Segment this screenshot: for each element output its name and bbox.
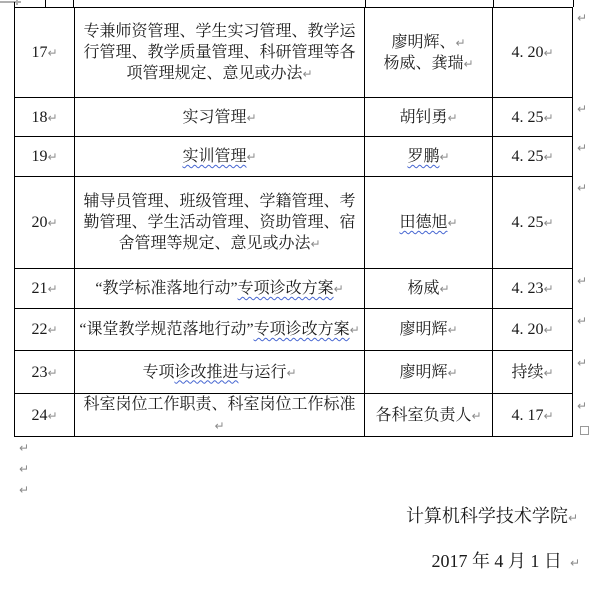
row-number: 19	[31, 148, 47, 165]
task-text: 专兼师资管理、学生实习管理、教学运行管理、教学质量管理、科研管理等各项管理规定、…	[83, 23, 355, 82]
owner-cell: 罗鹏↵	[365, 137, 493, 177]
table-row: 19↵ 实训管理↵ 罗鹏↵ 4. 25↵	[15, 137, 573, 177]
task-cell: “教学标准落地行动”专项诊改方案↵	[75, 269, 365, 309]
row-end-mark-icon: ↵	[577, 181, 587, 195]
date-text: 4. 17	[511, 407, 543, 424]
pilcrow-icon: ↵	[543, 150, 553, 164]
owner-text-misspelled: 罗鹏	[407, 148, 439, 165]
pilcrow-icon: ↵	[334, 282, 344, 296]
date-cell: 4. 23↵	[493, 269, 573, 309]
task-text: “课堂教学规范落地行动”	[79, 321, 253, 338]
owner-text-misspelled: 田德旭	[399, 214, 447, 231]
owner-text: 杨威	[407, 280, 439, 297]
row-number: 17	[31, 44, 47, 61]
table-resize-handle	[580, 426, 589, 435]
date-text: 4. 20	[511, 321, 543, 338]
owner-cell: 胡钊勇↵	[365, 98, 493, 137]
task-cell: 实训管理↵	[75, 137, 365, 177]
task-table: 17↵ 专兼师资管理、学生实习管理、教学运行管理、教学质量管理、科研管理等各项管…	[14, 7, 573, 437]
pilcrow-icon: ↵	[455, 36, 465, 50]
row-number-cell: 18↵	[15, 98, 75, 137]
table-row: 17↵ 专兼师资管理、学生实习管理、教学运行管理、教学质量管理、科研管理等各项管…	[15, 8, 573, 98]
pilcrow-icon: ↵	[214, 419, 224, 433]
task-text: 专项	[142, 364, 174, 381]
pilcrow-icon: ↵	[47, 150, 57, 164]
date-cell: 4. 20↵	[493, 309, 573, 351]
task-text: 科室岗位工作职责、科室岗位工作标准	[83, 396, 355, 413]
pilcrow-icon: ↵	[47, 111, 57, 125]
owner-text: 胡钊勇	[399, 109, 447, 126]
pilcrow-icon: ↵	[246, 111, 256, 125]
cropped-content-fragment	[16, 0, 18, 5]
date-text: 4. 25	[511, 214, 543, 231]
pilcrow-icon: ↵	[47, 409, 57, 423]
owner-cell: 廖明辉、↵ 杨威、龚瑞↵	[365, 8, 493, 98]
task-cell: 专项诊改推进与运行↵	[75, 351, 365, 394]
pilcrow-icon: ↵	[47, 46, 57, 60]
date-cell: 持续↵	[493, 351, 573, 394]
row-end-mark-icon: ↵	[577, 399, 587, 413]
table-border-stub	[365, 0, 366, 7]
date-cell: 4. 25↵	[493, 137, 573, 177]
pilcrow-icon: ↵	[439, 150, 449, 164]
row-end-mark-icon: ↵	[577, 314, 587, 328]
date-cell: 4. 20↵	[493, 8, 573, 98]
pilcrow-icon: ↵	[439, 282, 449, 296]
date-text: 4. 23	[511, 280, 543, 297]
task-text: 与运行	[238, 364, 286, 381]
task-text-misspelled: 实训管理	[182, 148, 246, 165]
signature-line: 计算机科学技术学院↵	[406, 505, 578, 527]
row-number-cell: 20↵	[15, 177, 75, 269]
task-cell: 辅导员管理、班级管理、学籍管理、考勤管理、学生活动管理、资助管理、宿舍管理等规定…	[75, 177, 365, 269]
table-border-stub	[73, 0, 74, 7]
task-cell: 科室岗位工作职责、科室岗位工作标准↵	[75, 394, 365, 437]
pilcrow-icon: ↵	[246, 150, 256, 164]
pilcrow-icon: ↵	[310, 237, 320, 251]
pilcrow-icon: ↵	[19, 483, 29, 497]
row-number: 24	[31, 407, 47, 424]
pilcrow-icon: ↵	[568, 511, 578, 525]
row-end-mark-icon: ↵	[577, 141, 587, 155]
pilcrow-icon: ↵	[47, 282, 57, 296]
pilcrow-icon: ↵	[471, 409, 481, 423]
pilcrow-icon: ↵	[350, 323, 360, 337]
signature-date-text: 2017 年 4 月 1 日	[431, 551, 562, 571]
date-cell: 4. 17↵	[493, 394, 573, 437]
signature-text: 计算机科学技术学院	[406, 506, 568, 526]
table-row: 21↵ “教学标准落地行动”专项诊改方案↵ 杨威↵ 4. 23↵	[15, 269, 573, 309]
task-text-misspelled: 诊改推进	[174, 364, 238, 381]
task-text: “教学标准落地行动”	[95, 280, 237, 297]
owner-text: 廖明辉、	[391, 34, 455, 51]
table-border-stub	[45, 0, 46, 7]
row-end-mark-icon: ↵	[577, 356, 587, 370]
task-cell: “课堂教学规范落地行动”专项诊改方案↵	[75, 309, 365, 351]
row-end-mark-icon: ↵	[577, 274, 587, 288]
row-number-cell: 22↵	[15, 309, 75, 351]
table-border-stub	[493, 0, 494, 7]
signature-date-line: 2017 年 4 月 1 日↵	[431, 550, 580, 572]
table-row: 20↵ 辅导员管理、班级管理、学籍管理、考勤管理、学生活动管理、资助管理、宿舍管…	[15, 177, 573, 269]
row-number: 23	[31, 364, 47, 381]
pilcrow-icon: ↵	[447, 366, 457, 380]
owner-text: 廖明辉	[399, 321, 447, 338]
date-text: 持续	[511, 364, 543, 381]
table-row: 24↵ 科室岗位工作职责、科室岗位工作标准↵ 各科室负责人↵ 4. 17↵	[15, 394, 573, 437]
pilcrow-icon: ↵	[447, 323, 457, 337]
date-cell: 4. 25↵	[493, 98, 573, 137]
owner-cell: 杨威↵	[365, 269, 493, 309]
pilcrow-icon: ↵	[543, 323, 553, 337]
pilcrow-icon: ↵	[543, 46, 553, 60]
owner-cell: 田德旭↵	[365, 177, 493, 269]
pilcrow-icon: ↵	[570, 556, 580, 570]
owner-cell: 各科室负责人↵	[365, 394, 493, 437]
owner-cell: 廖明辉↵	[365, 309, 493, 351]
document-page: 17↵ 专兼师资管理、学生实习管理、教学运行管理、教学质量管理、科研管理等各项管…	[0, 0, 597, 589]
pilcrow-icon: ↵	[447, 216, 457, 230]
pilcrow-icon: ↵	[286, 366, 296, 380]
row-number-cell: 24↵	[15, 394, 75, 437]
task-text-misspelled: 专项诊改方案	[238, 280, 334, 297]
pilcrow-icon: ↵	[19, 441, 29, 455]
pilcrow-icon: ↵	[19, 462, 29, 476]
owner-text: 杨威、龚瑞	[383, 55, 463, 72]
pilcrow-icon: ↵	[543, 366, 553, 380]
pilcrow-icon: ↵	[543, 282, 553, 296]
row-end-mark-icon: ↵	[577, 102, 587, 116]
row-number-cell: 23↵	[15, 351, 75, 394]
task-text: 实习管理	[182, 109, 246, 126]
date-cell: 4. 25↵	[493, 177, 573, 269]
owner-cell: 廖明辉↵	[365, 351, 493, 394]
row-number-cell: 19↵	[15, 137, 75, 177]
pilcrow-icon: ↵	[302, 67, 312, 81]
date-text: 4. 25	[511, 109, 543, 126]
pilcrow-icon: ↵	[447, 111, 457, 125]
pilcrow-icon: ↵	[543, 216, 553, 230]
date-text: 4. 25	[511, 148, 543, 165]
pilcrow-icon: ↵	[463, 57, 473, 71]
row-number: 20	[31, 214, 47, 231]
task-text-misspelled: 专项诊改方案	[254, 321, 350, 338]
task-cell: 实习管理↵	[75, 98, 365, 137]
table-row: 18↵ 实习管理↵ 胡钊勇↵ 4. 25↵	[15, 98, 573, 137]
row-number: 18	[31, 109, 47, 126]
row-number: 22	[31, 321, 47, 338]
pilcrow-icon: ↵	[47, 323, 57, 337]
pilcrow-icon: ↵	[543, 409, 553, 423]
pilcrow-icon: ↵	[543, 111, 553, 125]
row-end-mark-icon: ↵	[577, 11, 587, 25]
row-number-cell: 17↵	[15, 8, 75, 98]
table-row: 22↵ “课堂教学规范落地行动”专项诊改方案↵ 廖明辉↵ 4. 20↵	[15, 309, 573, 351]
table-row: 23↵ 专项诊改推进与运行↵ 廖明辉↵ 持续↵	[15, 351, 573, 394]
pilcrow-icon: ↵	[47, 366, 57, 380]
pilcrow-icon: ↵	[47, 216, 57, 230]
date-text: 4. 20	[511, 44, 543, 61]
task-cell: 专兼师资管理、学生实习管理、教学运行管理、教学质量管理、科研管理等各项管理规定、…	[75, 8, 365, 98]
row-number: 21	[31, 280, 47, 297]
row-number-cell: 21↵	[15, 269, 75, 309]
owner-text: 各科室负责人	[375, 407, 471, 424]
table-border-stub	[573, 0, 574, 7]
owner-text: 廖明辉	[399, 364, 447, 381]
